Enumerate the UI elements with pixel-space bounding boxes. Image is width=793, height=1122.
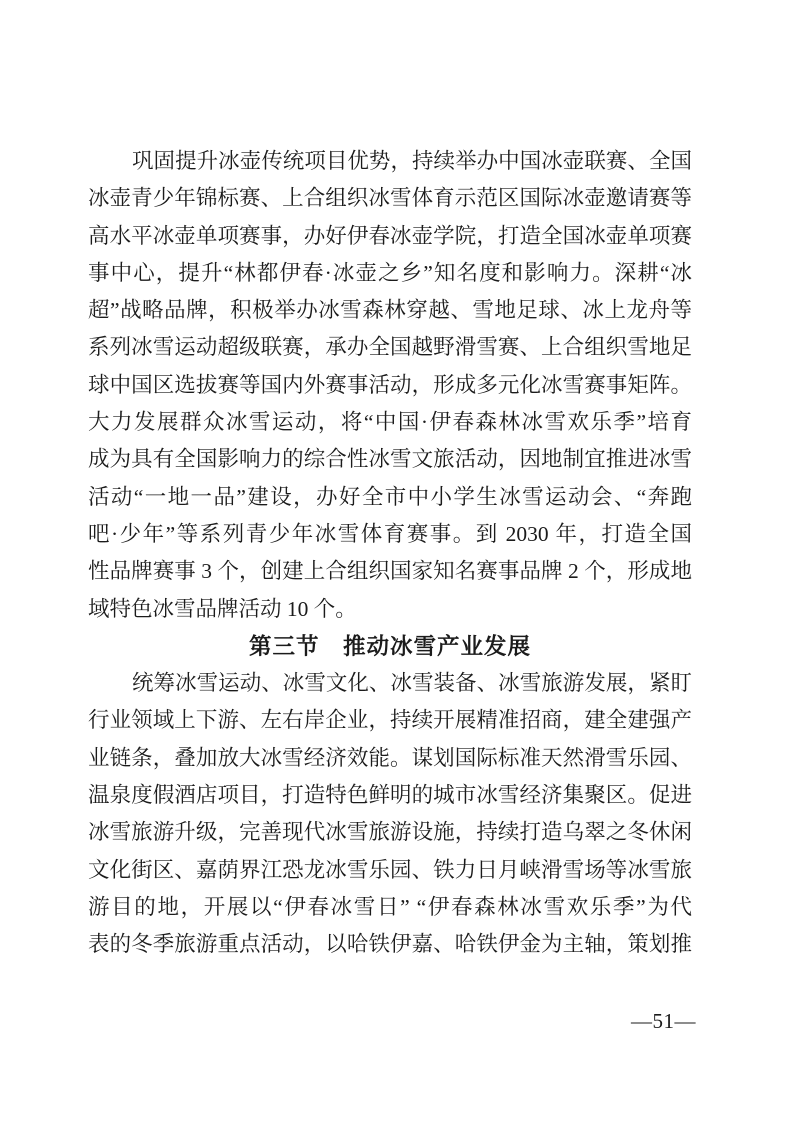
text-line: 文化街区、嘉荫界江恐龙冰雪乐园、铁力日月峡滑雪场等冰雪旅 [88,852,692,889]
text-line: 统筹冰雪运动、冰雪文化、冰雪装备、冰雪旅游发展，紧盯 [88,665,692,702]
text-line: 域特色冰雪品牌活动 10 个。 [88,591,692,628]
text-line: 系列冰雪运动超级联赛，承办全国越野滑雪赛、上合组织雪地足 [88,329,692,366]
text-line: 性品牌赛事 3 个，创建上合组织国家知名赛事品牌 2 个，形成地 [88,553,692,590]
document-page: 巩固提升冰壶传统项目优势，持续举办中国冰壶联赛、全国冰壶青少年锦标赛、上合组织冰… [0,0,793,1122]
text-line: 成为具有全国影响力的综合性冰雪文旅活动，因地制宜推进冰雪 [88,441,692,478]
section-heading: 第三节 推动冰雪产业发展 [88,628,692,665]
page-number: —51— [631,1007,696,1035]
text-line: 活动“一地一品”建设，办好全市中小学生冰雪运动会、“奔跑 [88,479,692,516]
text-line: 吧·少年”等系列青少年冰雪体育赛事。到 2030 年，打造全国 [88,516,692,553]
text-line: 超”战略品牌，积极举办冰雪森林穿越、雪地足球、冰上龙舟等 [88,292,692,329]
text-line: 冰壶青少年锦标赛、上合组织冰雪体育示范区国际冰壶邀请赛等 [88,180,692,217]
text-line: 高水平冰壶单项赛事，办好伊春冰壶学院，打造全国冰壶单项赛 [88,218,692,255]
text-line: 大力发展群众冰雪运动，将“中国·伊春森林冰雪欢乐季”培育 [88,404,692,441]
document-body: 巩固提升冰壶传统项目优势，持续举办中国冰壶联赛、全国冰壶青少年锦标赛、上合组织冰… [88,143,692,964]
text-line: 温泉度假酒店项目，打造特色鲜明的城市冰雪经济集聚区。促进 [88,777,692,814]
text-line: 球中国区选拔赛等国内外赛事活动，形成多元化冰雪赛事矩阵。 [88,367,692,404]
text-line: 业链条，叠加放大冰雪经济效能。谋划国际标准天然滑雪乐园、 [88,740,692,777]
text-line: 游目的地，开展以“伊春冰雪日” “伊春森林冰雪欢乐季”为代 [88,889,692,926]
text-line: 行业领域上下游、左右岸企业，持续开展精准招商，建全建强产 [88,702,692,739]
text-line: 巩固提升冰壶传统项目优势，持续举办中国冰壶联赛、全国 [88,143,692,180]
text-line: 表的冬季旅游重点活动，以哈铁伊嘉、哈铁伊金为主轴，策划推 [88,926,692,963]
text-line: 冰雪旅游升级，完善现代冰雪旅游设施，持续打造乌翠之冬休闲 [88,814,692,851]
text-line: 事中心，提升“林都伊春·冰壶之乡”知名度和影响力。深耕“冰 [88,255,692,292]
